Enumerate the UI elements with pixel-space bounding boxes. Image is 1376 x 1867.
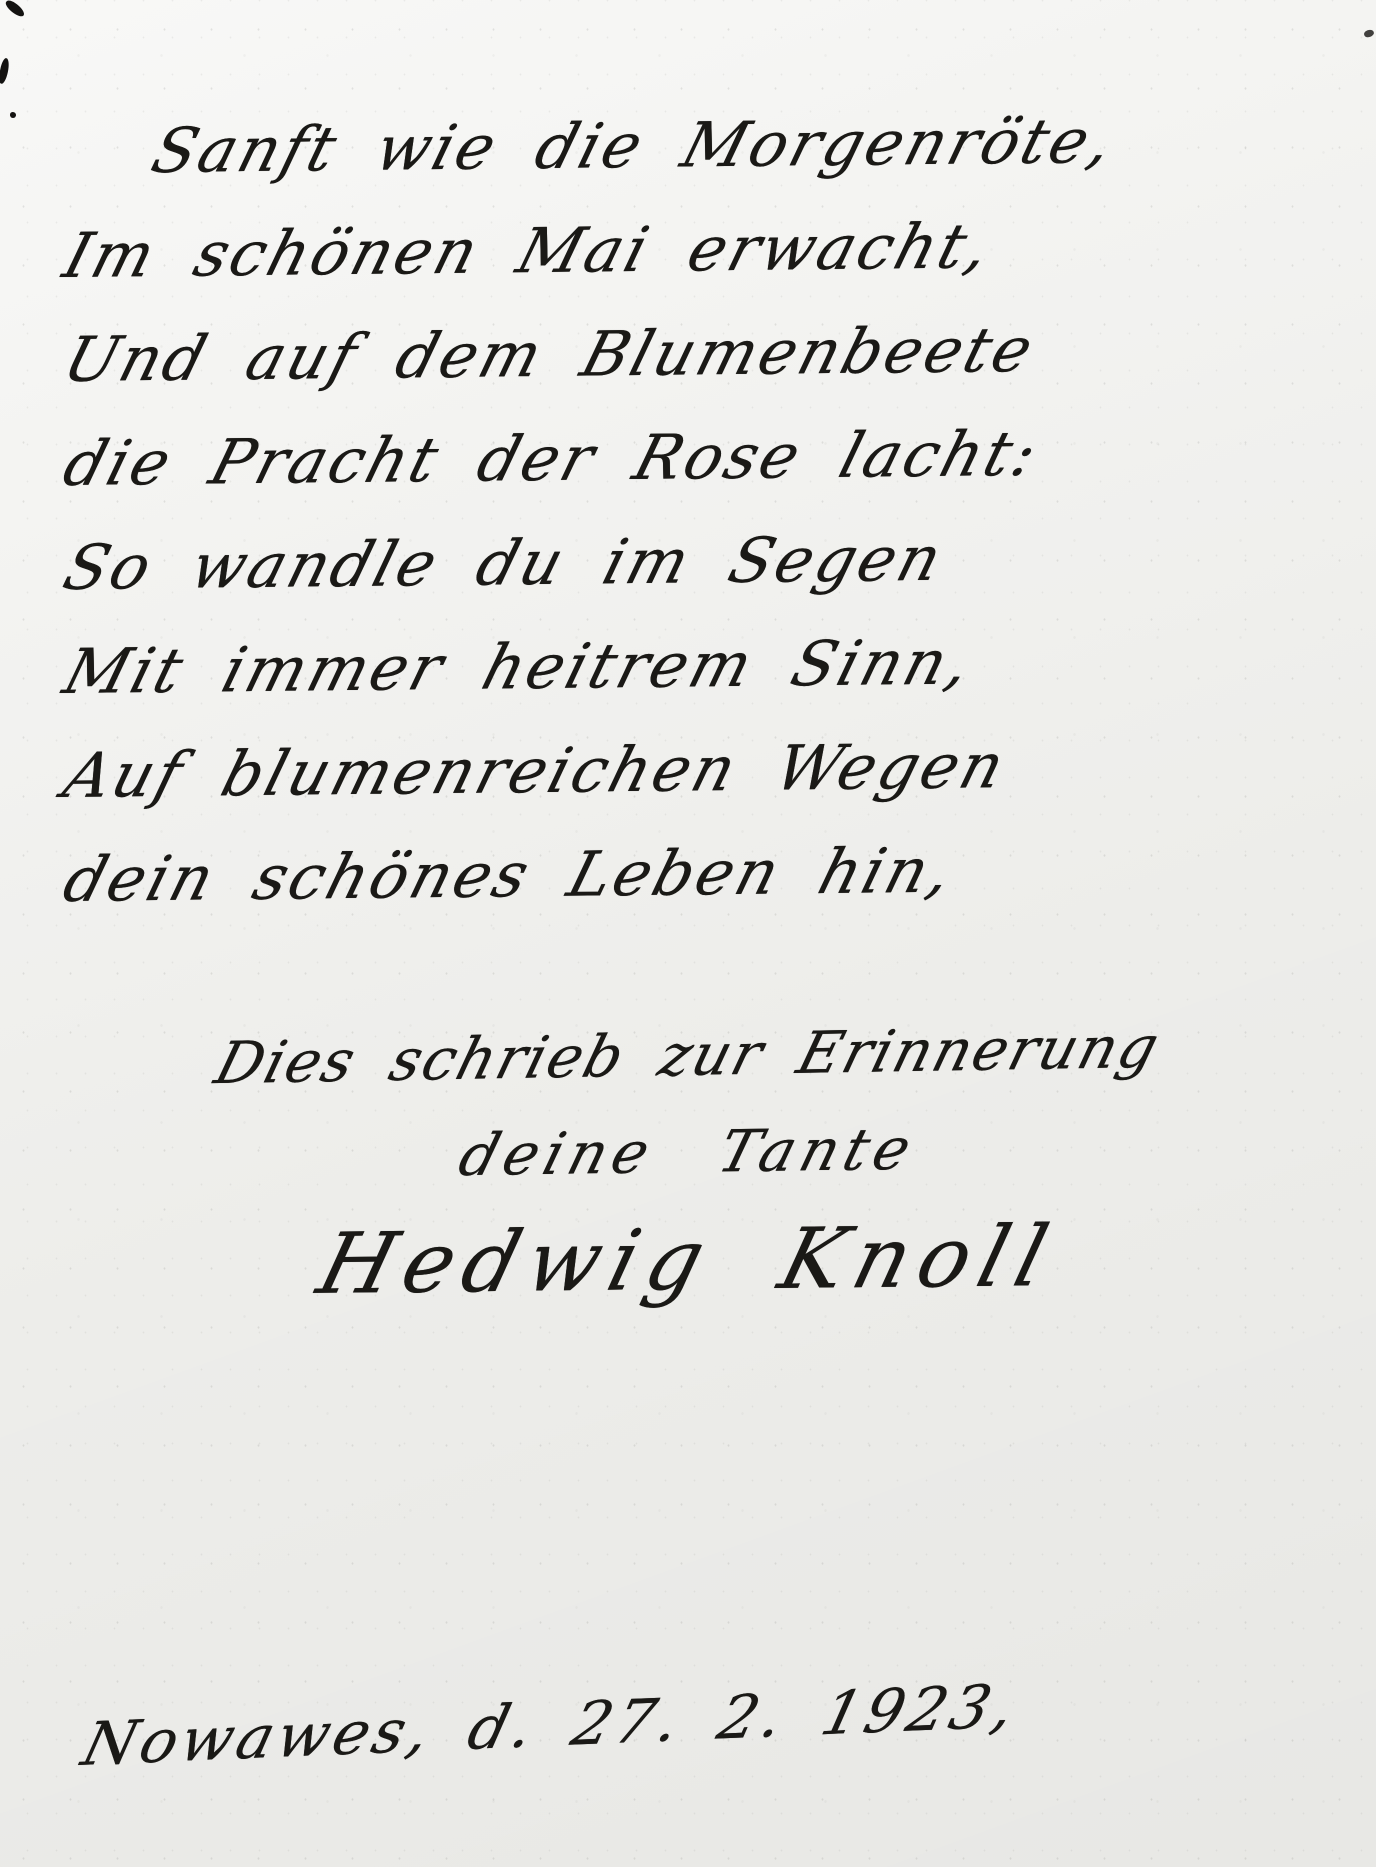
poem-line-8: dein schönes Leben hin,: [52, 814, 1376, 932]
poem-line-1: Sanft wie die Morgenröte,: [52, 86, 1376, 204]
scan-artifact: [4, 0, 27, 19]
scan-artifact: [1363, 29, 1375, 39]
poem-line-2: Im schönen Mai erwacht,: [52, 190, 1376, 308]
scan-artifact: [0, 57, 11, 84]
dedication-block: Dies schrieb zur Erinnerung deine Tante …: [0, 1005, 1376, 1320]
place-and-date-line: Nowawes, d. 27. 2. 1923,: [71, 1651, 1031, 1800]
dedication-from: deine Tante: [0, 1095, 1376, 1209]
scan-artifact: [10, 112, 16, 118]
poem-line-6: Mit immer heitrem Sinn,: [52, 606, 1376, 724]
poem-line-5: So wandle du im Segen: [52, 502, 1376, 620]
poem-line-4: die Pracht der Rose lacht:: [52, 398, 1376, 516]
poem-block: Sanft wie die Morgenröte, Im schönen Mai…: [66, 100, 1376, 932]
handwritten-album-page: Sanft wie die Morgenröte, Im schönen Mai…: [0, 0, 1376, 1867]
poem-line-7: Auf blumenreichen Wegen: [52, 710, 1376, 828]
poem-line-3: Und auf dem Blumenbeete: [52, 294, 1376, 412]
signature: Hedwig Knoll: [0, 1193, 1376, 1327]
